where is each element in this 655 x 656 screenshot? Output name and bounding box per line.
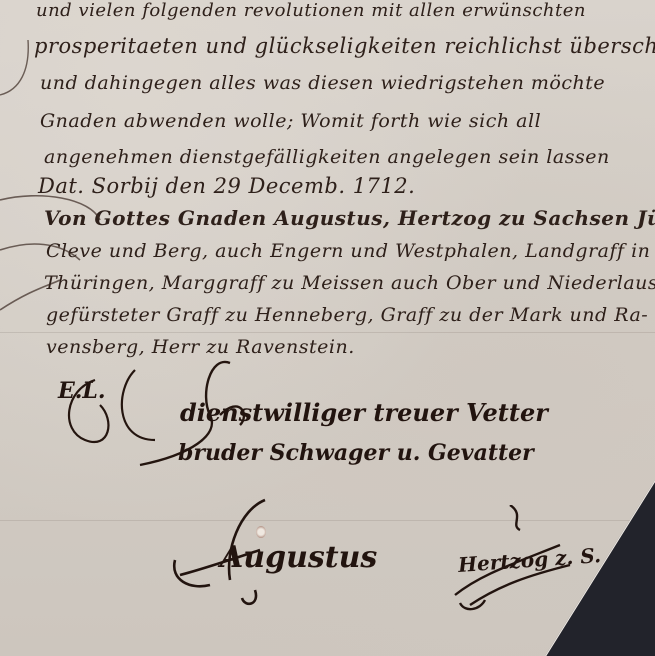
body-line-4: Gnaden abwenden wolle; Womit forth wie s…	[40, 110, 541, 132]
signature-suffix: Hertzog z. S.	[457, 543, 601, 577]
closing-salutation: E.L.	[58, 378, 106, 404]
title-line-2: Cleve und Berg, auch Engern und Westphal…	[46, 240, 650, 262]
document-photo: und vielen folgenden revolutionen mit al…	[0, 0, 655, 656]
date-line: Dat. Sorbij den 29 Decemb. 1712.	[38, 174, 415, 198]
ink-blot	[256, 526, 266, 538]
body-line-3: und dahingegen alles was diesen wiedrigs…	[40, 72, 605, 94]
closing-line-2: bruder Schwager u. Gevatter	[178, 440, 534, 466]
paper-fold-line	[0, 520, 655, 521]
body-line-2: prosperitaeten und glückseligkeiten reic…	[34, 34, 655, 58]
title-line-4: gefürsteter Graff zu Henneberg, Graff zu…	[46, 304, 648, 326]
title-line-3: Thüringen, Marggraff zu Meissen auch Obe…	[44, 272, 655, 294]
closing-line-1: dienstwilliger treuer Vetter	[180, 398, 548, 427]
signature-name: Augustus	[220, 540, 377, 575]
body-line-5: angenehmen dienstgefälligkeiten angelege…	[44, 146, 610, 168]
title-line-1: Von Gottes Gnaden Augustus, Hertzog zu S…	[44, 206, 655, 230]
salutation-flourish-icon	[55, 360, 195, 470]
body-line-1: und vielen folgenden revolutionen mit al…	[36, 0, 586, 21]
paper-fold-line	[0, 332, 655, 333]
title-line-5: vensberg, Herr zu Ravenstein.	[46, 336, 355, 358]
